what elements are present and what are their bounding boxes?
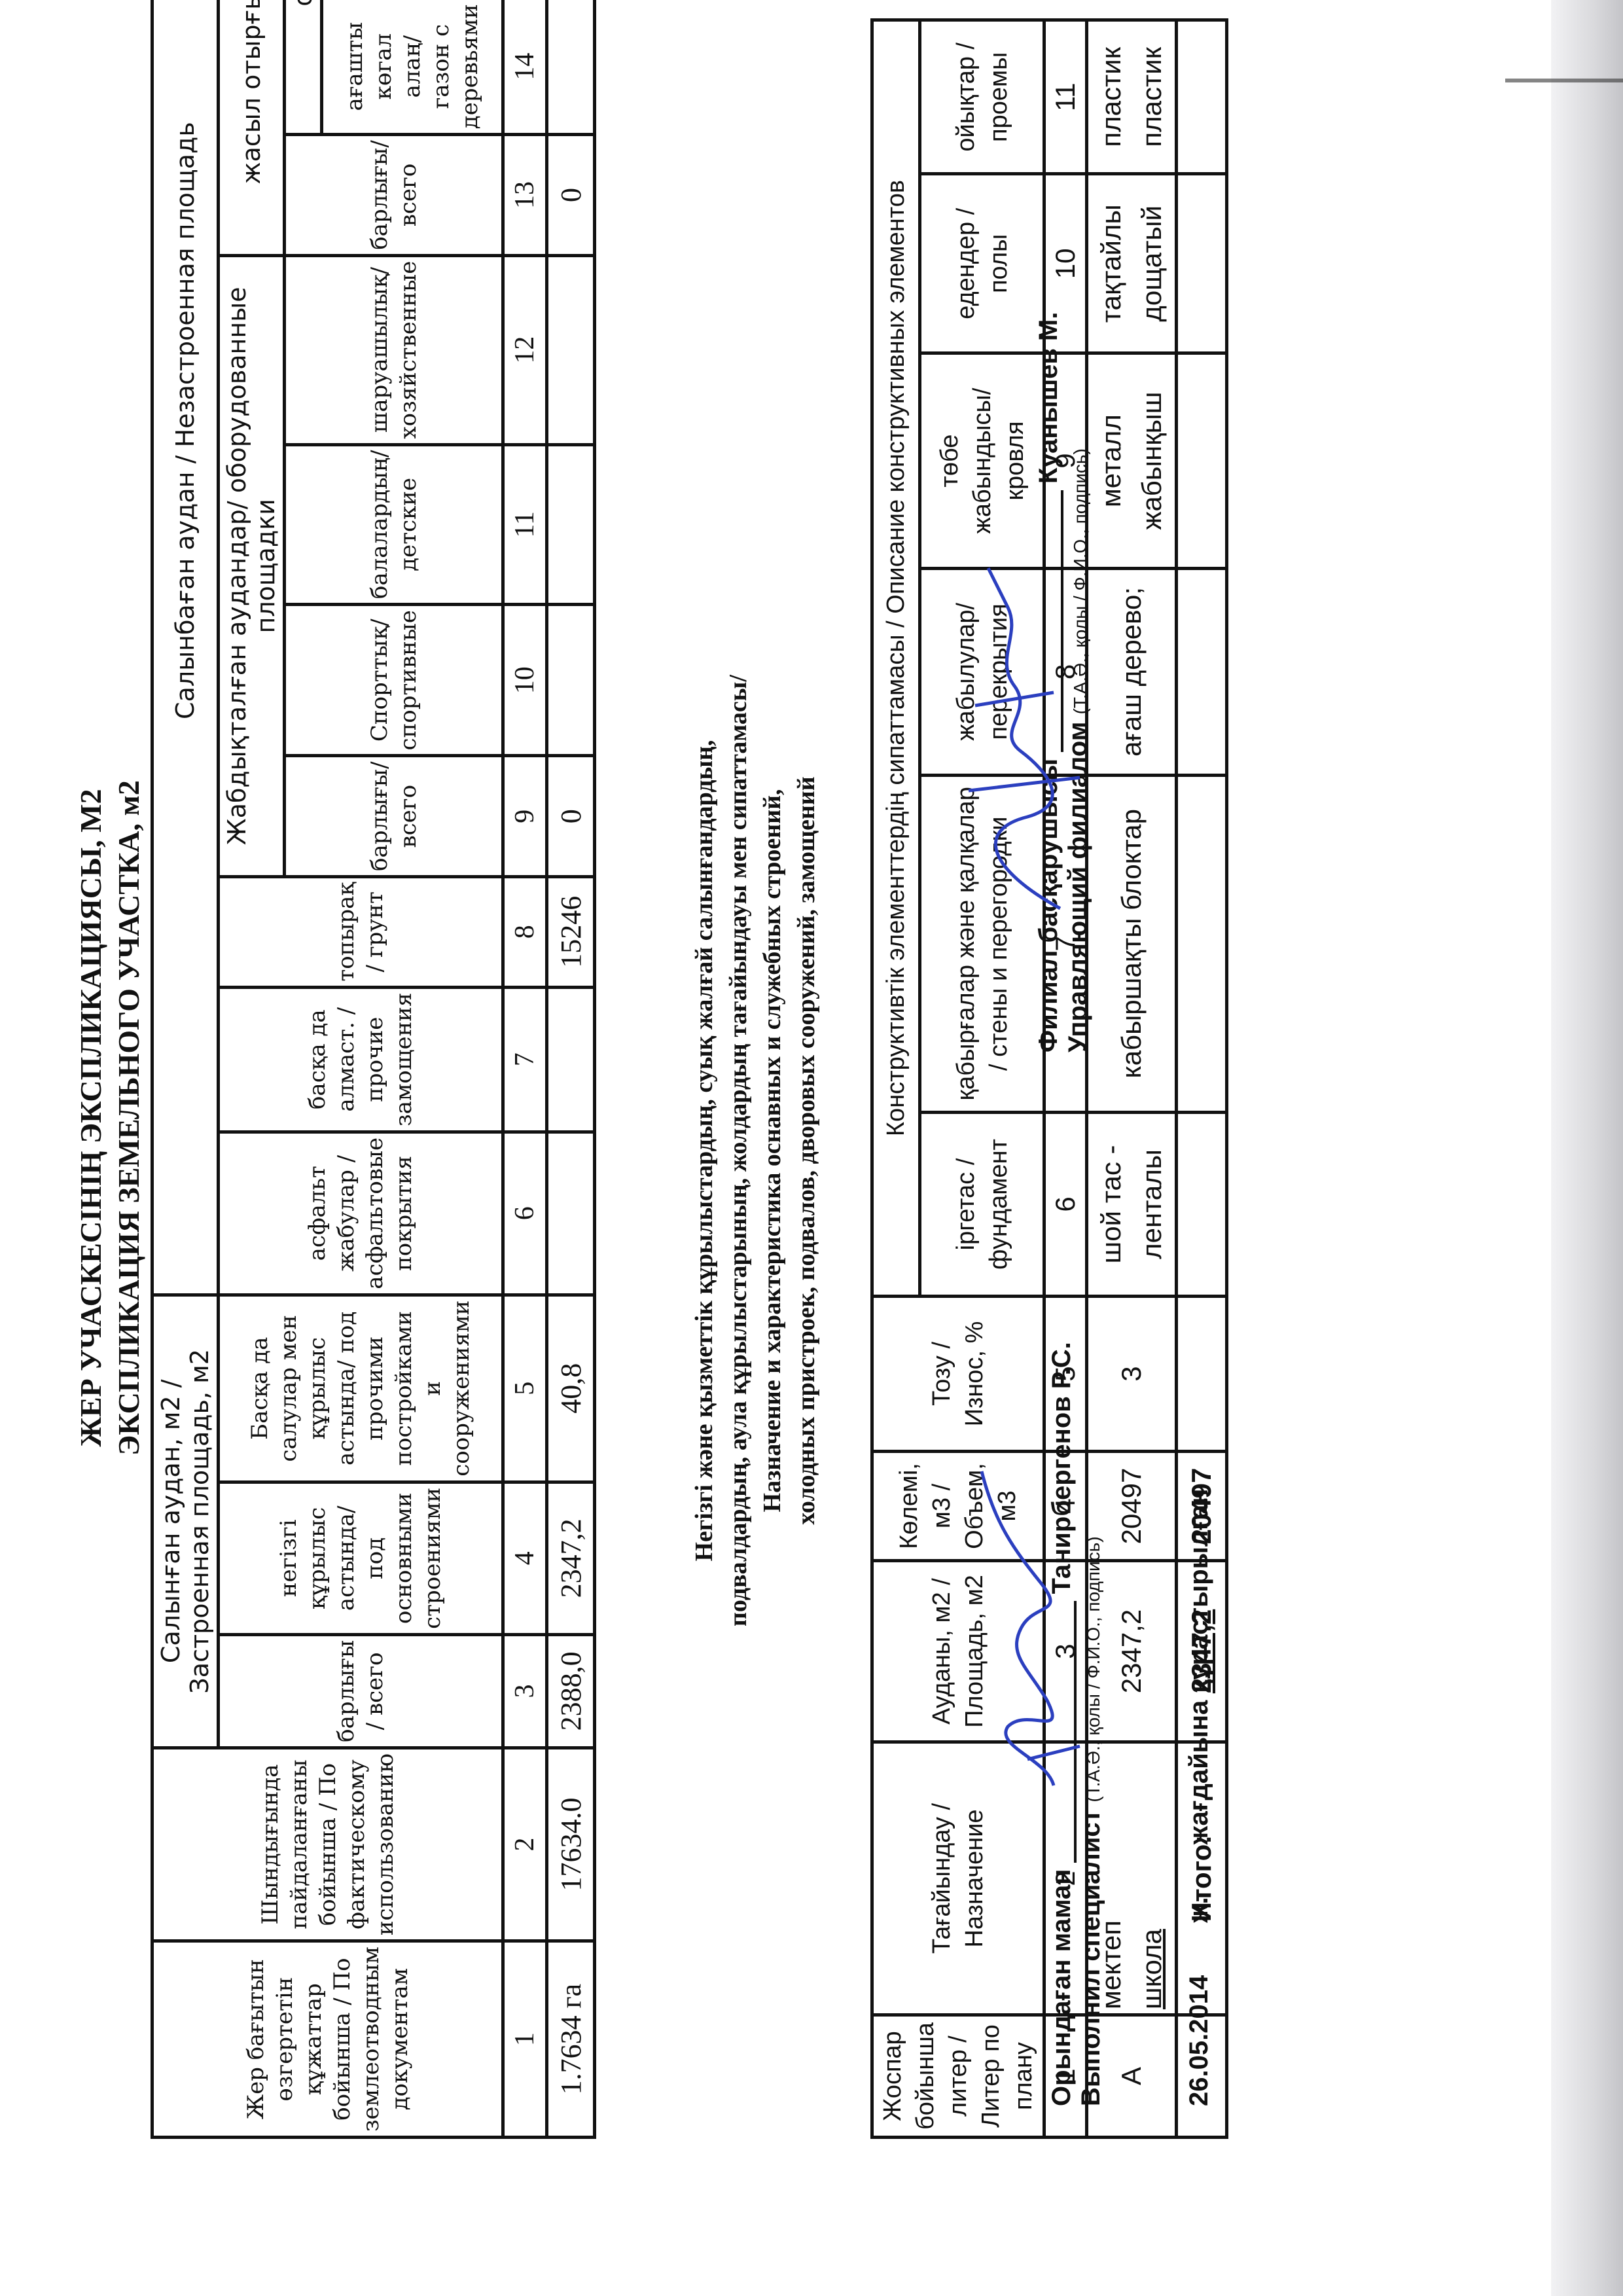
col-actual-use: Шындығында пайдаланғаны бойынша / По фак… <box>152 1748 503 1941</box>
table-cell: 1.7634 га <box>547 1941 595 2138</box>
built-area-group: Салынған аудан, м2 / Застроенная площадь… <box>152 1295 219 1748</box>
buildings-subtitle: Негізгі және қызметтік құрылыстардың, су… <box>687 332 823 1969</box>
table-cell: 15246 <box>547 876 595 987</box>
table-cell: 40,8 <box>547 1295 595 1482</box>
built-main: негізгі құрылыс астында/ под основными с… <box>219 1482 503 1634</box>
year-suffix: ж. <box>1185 1897 1213 1922</box>
column-number: 1 <box>503 1941 547 2138</box>
soil: топырақ / грунт <box>219 876 503 987</box>
col-by-documents: Жер бағытын өзгертетін құжаттар бойынша … <box>152 1941 503 2138</box>
col-openings: ойықтар / проемы <box>920 20 1044 174</box>
land-explication-table: Жер бағытын өзгертетін құжаттар бойынша … <box>151 0 596 2139</box>
col-foundation: іргетас / фундамент <box>920 1112 1044 1296</box>
table-cell: 0 <box>547 135 595 255</box>
column-number: 6 <box>503 1132 547 1295</box>
table-cell <box>547 444 595 605</box>
column-number: 4 <box>503 1482 547 1634</box>
built-other: Басқа да салулар мен құрылыс астында/ по… <box>219 1295 503 1482</box>
title-ru: ЭКСПЛИКАЦИЯ ЗЕМЕЛЬНОГО УЧАСТКА, м2 <box>110 136 148 2100</box>
equipped-group: Жабдықталған аудандар/ оборудованные пло… <box>219 255 285 876</box>
table-cell: 2347,2 <box>547 1482 595 1634</box>
column-number: 2 <box>503 1748 547 1941</box>
green-group: жасыл отырғызулар/ зеленые насаждения <box>219 0 285 255</box>
table-cell <box>547 605 595 756</box>
subtitle-line: подвалдардың, аула құрылыстарының, жолда… <box>721 332 755 1969</box>
manager-signature-ink-icon <box>949 555 1093 922</box>
manager-name: Куанышев М. <box>1034 312 1063 484</box>
purpose-ru: школа <box>1132 1748 1172 2009</box>
column-number: 5 <box>503 1295 547 1482</box>
column-number: 10 <box>503 605 547 756</box>
column-number: 11 <box>503 444 547 605</box>
compiled-label: жағдайына құрастырылған <box>1185 1489 1213 1845</box>
column-number: 3 <box>503 1634 547 1748</box>
table-cell <box>547 0 595 135</box>
executor-signature-ink-icon <box>969 1458 1099 1799</box>
equipped-total: барлығы/ всего <box>285 756 503 876</box>
cell-walls: кабыршақты блоктар <box>1087 775 1177 1112</box>
cell-floors: тақтайлы дощатый <box>1087 174 1177 353</box>
document-title: ЖЕР УЧАСКЕСІНІҢ ЭКСПЛИКАЦИЯСЫ, М2 ЭКСПЛИ… <box>72 136 148 2100</box>
table-cell <box>547 987 595 1132</box>
col-roof: төбе жабындысы/ кровля <box>920 353 1044 568</box>
table-cell: 17634.0 <box>547 1748 595 1941</box>
other-paving: басқа да алмаст. / прочие замощения <box>219 987 503 1132</box>
table-cell <box>547 1132 595 1295</box>
built-total: барлығы / всего <box>219 1634 503 1748</box>
col-litera: Жоспар бойынша литер / Литер по плану <box>872 2015 1044 2138</box>
equipped-household: шаруашылық/ хозяйственные <box>285 255 503 444</box>
column-number: 13 <box>503 135 547 255</box>
column-number: 7 <box>503 987 547 1132</box>
column-number: 8 <box>503 876 547 987</box>
executor-label-kz: Орындаған маман <box>1047 1869 1076 2106</box>
column-numbers-row: 123456789101112131415161718 <box>503 0 547 2138</box>
document-sheet: ЖЕР УЧАСКЕСІНІҢ ЭКСПЛИКАЦИЯСЫ, М2 ЭКСПЛИ… <box>0 0 1623 2296</box>
table-cell <box>547 255 595 444</box>
cell-roof: металл жабынқыш <box>1087 353 1177 568</box>
column-number: 6 <box>1044 1112 1087 1296</box>
table-cell: 2388,0 <box>547 1634 595 1748</box>
column-number: 12 <box>503 255 547 444</box>
subtitle-line: холодных пристроек, подвалов, дворовых с… <box>789 332 823 1969</box>
compiled-date-line: 26.05.2014ж.жағдайына құрастырылған <box>1185 1437 1214 2106</box>
equipped-children: балалардың/ детские <box>285 444 503 605</box>
subtitle-line: Назначение и характеристика оснавных и с… <box>755 332 789 1969</box>
executor-label-ru: Выполнил специалист <box>1077 1810 1105 2106</box>
cell-openings: пластик пластик <box>1087 20 1177 174</box>
unbuilt-area-group: Салынбаған аудан / Незастроенная площадь <box>152 0 219 1295</box>
green-including: оның ішінде/ в том числе <box>285 0 322 135</box>
green-total: барлығы/ всего <box>285 135 503 255</box>
column-number: 14 <box>503 0 547 135</box>
green-lawn-trees: ағашты көгал алаң/ газон с деревьями <box>322 0 503 135</box>
cell-ceilings: ағаш дерево; <box>1087 569 1177 775</box>
title-kz: ЖЕР УЧАСКЕСІНІҢ ЭКСПЛИКАЦИЯСЫ, М2 <box>72 136 110 2100</box>
table-row: 1.7634 га17634.02388,02347,240,81524600 <box>547 0 595 2138</box>
constructive-elements-group: Конструктивтік элементтердің сипаттамасы… <box>872 20 920 1297</box>
compiled-date: 26.05.2014 <box>1185 1975 1213 2106</box>
asphalt: асфальт жабулар / асфальтовые покрытия <box>219 1132 503 1295</box>
subtitle-line: Негізгі және қызметтік құрылыстардың, су… <box>687 332 721 1969</box>
column-number: 11 <box>1044 20 1087 174</box>
equipped-sport: Спорттық/ спортивные <box>285 605 503 756</box>
col-floors: едендер / полы <box>920 174 1044 353</box>
column-number: 9 <box>503 756 547 876</box>
table-cell: 0 <box>547 756 595 876</box>
cell-foundation: шой тас - ленталы <box>1087 1112 1177 1296</box>
col-wear: Тозу / Износ, % <box>872 1297 1044 1452</box>
